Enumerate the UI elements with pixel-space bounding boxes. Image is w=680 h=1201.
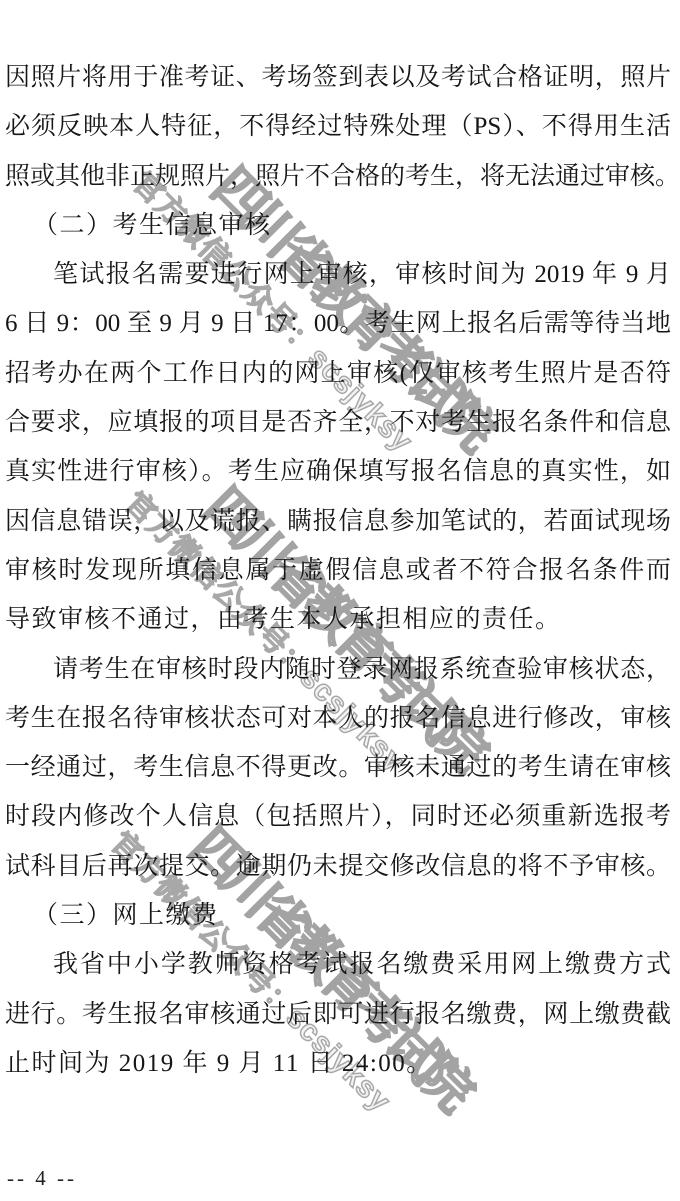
document-page: 四川省教育考试院 官方微信公众号：scsjyksy 四川省教育考试院 官方微信公… — [0, 0, 680, 1201]
page-number: -- 4 -- — [7, 1166, 77, 1191]
text-line: 导致审核不通过，由考生本人承担相应的责任。 — [5, 595, 671, 644]
text-line: 时段内修改个人信息（包括照片），同时还必须重新选报考 — [5, 792, 671, 841]
text-line: 进行。考生报名审核通过后即可进行报名缴费，网上缴费截 — [5, 990, 671, 1039]
text-line: 审核时发现所填信息属于虚假信息或者不符合报名条件而 — [5, 546, 671, 595]
section-heading: （三）网上缴费 — [5, 891, 671, 940]
text-line: 止时间为 2019 年 9 月 11 日 24:00。 — [5, 1039, 671, 1088]
text-line: 必须反映本人特征，不得经过特殊处理（PS）、不得用生活 — [5, 102, 671, 151]
text-line: 因照片将用于准考证、考场签到表以及考试合格证明，照片 — [5, 53, 671, 102]
text-line: 我省中小学教师资格考试报名缴费采用网上缴费方式 — [5, 940, 671, 989]
text-line: 照或其他非正规照片，照片不合格的考生，将无法通过审核。 — [5, 152, 671, 201]
text-line: 试科目后再次提交。逾期仍未提交修改信息的将不予审核。 — [5, 842, 671, 891]
text-line: 笔试报名需要进行网上审核，审核时间为 2019 年 9 月 — [5, 250, 671, 299]
text-line: 合要求，应填报的项目是否齐全，不对考生报名条件和信息 — [5, 398, 671, 447]
text-line: 请考生在审核时段内随时登录网报系统查验审核状态， — [5, 645, 671, 694]
text-line: 考生在报名待审核状态可对本人的报名信息进行修改，审核 — [5, 694, 671, 743]
text-line: 招考办在两个工作日内的网上审核(仅审核考生照片是否符 — [5, 349, 671, 398]
section-heading: （二）考生信息审核 — [5, 201, 671, 250]
text-line: 因信息错误，以及谎报、瞒报信息参加笔试的，若面试现场 — [5, 497, 671, 546]
document-text: 因照片将用于准考证、考场签到表以及考试合格证明，照片必须反映本人特征，不得经过特… — [5, 53, 671, 1088]
text-line: 真实性进行审核）。考生应确保填写报名信息的真实性，如 — [5, 447, 671, 496]
text-line: 6 日 9：00 至 9 月 9 日 17：00。考生网上报名后需等待当地 — [5, 299, 671, 348]
text-line: 一经通过，考生信息不得更改。审核未通过的考生请在审核 — [5, 743, 671, 792]
